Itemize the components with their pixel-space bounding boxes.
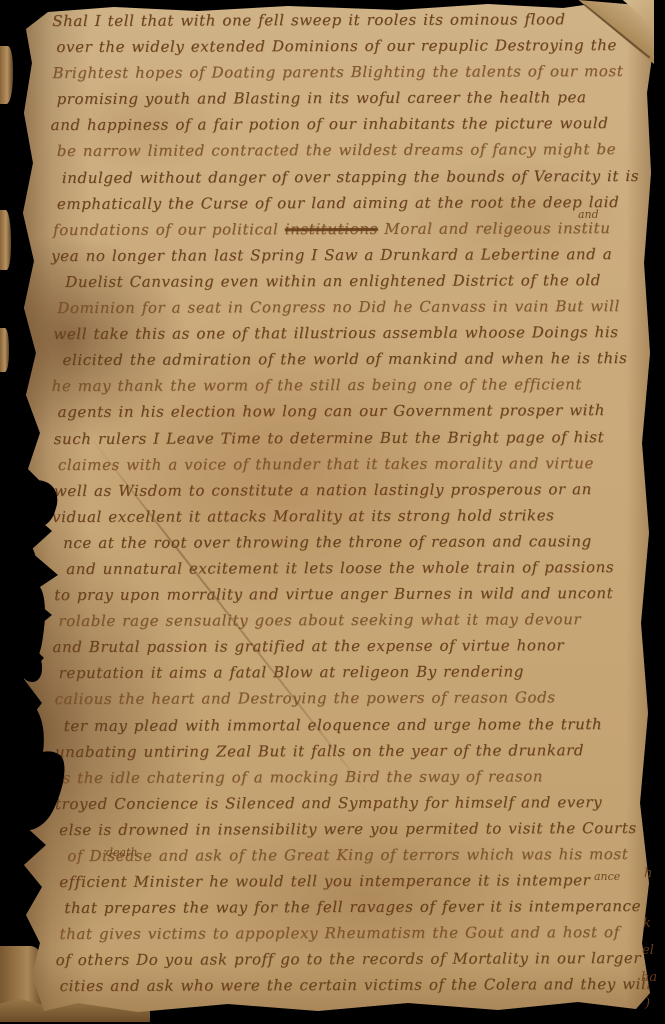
manuscript-line: and Brutal passion is gratified at the e… xyxy=(52,636,640,664)
manuscript-line: be narrow limited contracted the wildest… xyxy=(57,140,639,168)
line-text: foundations of our political xyxy=(53,220,285,239)
manuscript-line: agents in his election how long can our … xyxy=(58,401,640,429)
manuscript-line: well as Wisdom to constitute a nation la… xyxy=(54,480,640,508)
manuscript-line: promising youth and Blasting in its wofu… xyxy=(57,88,639,116)
manuscript-line: claimes with a voice of thunder that it … xyxy=(58,454,640,482)
manuscript-line: Duelist Canvasing even within an enlight… xyxy=(65,271,639,299)
edge-text-fragment: ) xyxy=(645,996,650,1011)
manuscript-line: reputation it aims a fatal Blow at relig… xyxy=(59,662,641,690)
manuscript-line: troyed Concience is Silenced and Sympath… xyxy=(55,793,641,821)
manuscript-line: he may thank the worm of the still as be… xyxy=(52,375,640,403)
photo-backdrop: Shal I tell that with one fell sweep it … xyxy=(0,0,665,1024)
edge-text-fragment: h xyxy=(644,866,652,881)
manuscript-line: to pray upon morrality and virtue anger … xyxy=(54,584,640,612)
manuscript-line: Shal I tell that with one fell sweep it … xyxy=(52,10,638,38)
manuscript-line: vidual excellent it attacks Morality at … xyxy=(52,506,640,534)
manuscript-line: yea no longer than last Spring I Saw a D… xyxy=(51,245,639,273)
adjacent-page-sliver xyxy=(0,46,13,104)
manuscript-line: that gives victims to appoplexy Rheumati… xyxy=(59,923,641,951)
manuscript-line: that prepares the way for the fell ravag… xyxy=(64,897,641,925)
manuscript-line: nce at the root over throwing the throne… xyxy=(63,532,640,560)
manuscript-line: as the idle chatering of a mocking Bird … xyxy=(53,767,641,795)
manuscript-text: Shal I tell that with one fell sweep it … xyxy=(52,10,642,1020)
manuscript-line: of Disease and ask of the Great King of … xyxy=(67,845,641,873)
manuscript-line: of others Do you ask proff go to the rec… xyxy=(56,949,642,977)
manuscript-line: emphatically the Curse of our land aimin… xyxy=(57,193,639,221)
manuscript-line: foundations of our political institution… xyxy=(53,219,639,247)
manuscript-line: else is drowned in insensibility were yo… xyxy=(59,819,641,847)
manuscript-line: calious the heart and Destroying the pow… xyxy=(55,688,641,716)
manuscript-line: rolable rage sensuality goes about seeki… xyxy=(58,610,640,638)
manuscript-line: such rulers I Leave Time to determine Bu… xyxy=(54,427,640,455)
edge-text-fragment: el xyxy=(642,943,654,958)
manuscript-page: Shal I tell that with one fell sweep it … xyxy=(18,3,654,1019)
interlinear-insertion: and xyxy=(578,208,599,221)
struck-word: institutions xyxy=(285,220,378,238)
adjacent-page-sliver xyxy=(0,210,11,270)
manuscript-line: ter may plead with immortal eloquence an… xyxy=(64,715,641,743)
interlinear-insertion: death xyxy=(106,846,138,859)
manuscript-line: over the widely extended Dominions of ou… xyxy=(56,36,638,64)
manuscript-line: Brightest hopes of Doating parents Bligh… xyxy=(52,62,638,90)
manuscript-line: and happiness of a fair potion of our in… xyxy=(51,114,639,142)
manuscript-line: efficient Minister he would tell you int… xyxy=(59,871,641,899)
manuscript-line: cities and ask who were the certain vict… xyxy=(60,975,642,1003)
edge-text-fragment: k xyxy=(643,916,651,931)
adjacent-page-sliver xyxy=(0,328,9,372)
torn-hole xyxy=(20,652,42,682)
edge-text-fragment: ha xyxy=(641,970,657,985)
manuscript-line: well take this as one of that illustriou… xyxy=(53,323,639,351)
manuscript-line: elicited the admiration of the world of … xyxy=(62,349,639,377)
manuscript-line: unabating untiring Zeal But it falls on … xyxy=(55,741,641,769)
manuscript-line: indulged without danger of over stapping… xyxy=(62,167,639,195)
interlinear-insertion: ance xyxy=(594,870,620,883)
line-text: Moral and religeous institu xyxy=(378,219,611,238)
manuscript-line: and unnatural excitement it lets loose t… xyxy=(66,558,640,586)
manuscript-line: Dominion for a seat in Congress no Did h… xyxy=(57,297,639,325)
